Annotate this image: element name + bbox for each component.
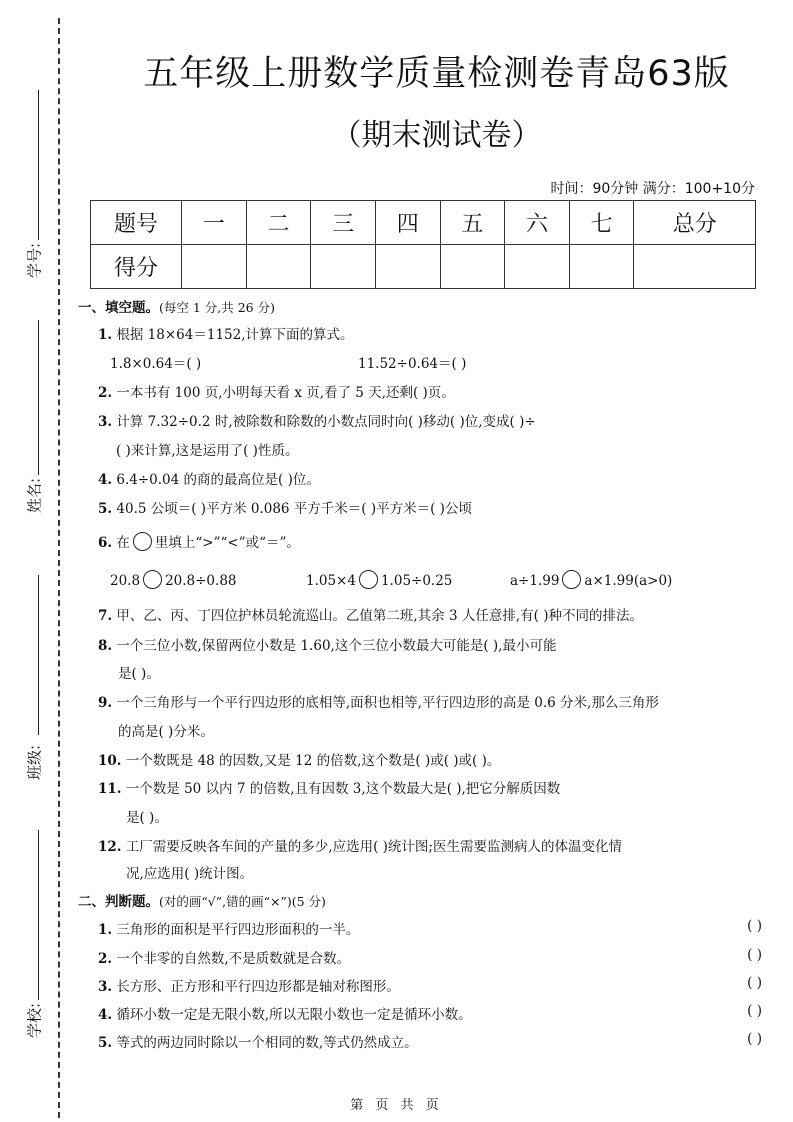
comparison-right: a×1.99(a>0) <box>584 573 672 589</box>
question-text: 一个数是 50 以内 7 的倍数,且有因数 3,这个数最大是( ),把它分解质因… <box>126 781 561 797</box>
question-number: 3. <box>98 979 112 995</box>
judge-item-1: 1. 三角形的面积是平行四边形面积的一半。 ( ) <box>98 918 768 938</box>
question-1b[interactable]: 11.52÷0.64＝( ) <box>358 352 466 372</box>
score-input-cell[interactable] <box>246 245 311 289</box>
question-text: 一个非零的自然数,不是质数就是合数。 <box>116 951 350 967</box>
section-1-note: (每空 1 分,共 26 分) <box>159 300 275 315</box>
circle-icon <box>133 532 152 551</box>
comparison-right: 20.8÷0.88 <box>165 573 236 589</box>
question-text: 工厂需要反映各车间的产量的多少,应选用( )统计图;医生需要监测病人的体温变化情 <box>126 839 622 855</box>
table-cell: 总分 <box>634 201 756 245</box>
class-label: 班级: <box>24 743 45 783</box>
question-9-cont[interactable]: 的高是( )分米。 <box>118 720 214 740</box>
question-3[interactable]: 3. 计算 7.32÷0.2 时,被除数和除数的小数点同时向( )移动( )位,… <box>98 410 536 430</box>
exam-meta: 时间：90分钟 满分：100+10分 <box>550 178 755 198</box>
question-text: 甲、乙、丙、丁四位护林员轮流巡山。乙值第二班,其余 3 人任意排,有( )种不同… <box>116 608 643 624</box>
question-number: 10. <box>98 753 122 769</box>
score-table-header-row: 题号 一 二 三 四 五 六 七 总分 <box>91 201 756 245</box>
page-title: 五年级上册数学质量检测卷青岛63版 <box>80 46 793 96</box>
question-6: 6. 在里填上“>”“<”或“＝”。 <box>98 531 300 551</box>
answer-paren[interactable]: ( ) <box>747 975 762 991</box>
question-number: 8. <box>98 638 112 654</box>
question-number: 5. <box>98 501 112 517</box>
question-text: 一个数既是 48 的因数,又是 12 的倍数,这个数是( )或( )或( )。 <box>126 753 501 769</box>
compare-circle-input[interactable] <box>143 570 162 589</box>
question-number: 7. <box>98 608 112 624</box>
question-number: 4. <box>98 472 112 488</box>
page-subtitle: （期末测试卷） <box>80 110 793 154</box>
comparison-right: 1.05÷0.25 <box>381 573 452 589</box>
question-11-cont[interactable]: 是( )。 <box>126 806 168 826</box>
judge-item-2: 2. 一个非零的自然数,不是质数就是合数。 ( ) <box>98 947 768 967</box>
section-2-note: (对的画“√”,错的画“×”)(5 分) <box>159 894 326 909</box>
question-text: 循环小数一定是无限小数,所以无限小数也一定是循环小数。 <box>116 1007 471 1023</box>
question-number: 3. <box>98 414 112 430</box>
section-2-title: 二、判断题。 <box>78 894 159 910</box>
judge-item-5: 5. 等式的两边同时除以一个相同的数,等式仍然成立。 ( ) <box>98 1031 768 1051</box>
question-10[interactable]: 10. 一个数既是 48 的因数,又是 12 的倍数,这个数是( )或( )或(… <box>98 749 500 769</box>
table-cell: 五 <box>440 201 505 245</box>
question-text: 一本书有 100 页,小明每天看 x 页,看了 5 天,还剩( )页。 <box>116 385 454 401</box>
score-input-cell[interactable] <box>182 245 247 289</box>
table-cell: 得分 <box>91 245 182 289</box>
question-number: 12. <box>98 839 122 855</box>
question-text: 里填上“>”“<”或“＝”。 <box>155 535 300 551</box>
question-9[interactable]: 9. 一个三角形与一个平行四边形的底相等,面积也相等,平行四边形的高是 0.6 … <box>98 691 659 711</box>
question-8-cont[interactable]: 是( )。 <box>118 662 160 682</box>
question-1: 1. 根据 18×64＝1152,计算下面的算式。 <box>98 323 354 343</box>
score-input-cell[interactable] <box>569 245 634 289</box>
comparison-item-2: 1.05×41.05÷0.25 <box>306 570 452 589</box>
answer-paren[interactable]: ( ) <box>747 947 762 963</box>
comparison-left: 1.05×4 <box>306 573 356 589</box>
score-input-cell[interactable] <box>440 245 505 289</box>
question-text: 等式的两边同时除以一个相同的数,等式仍然成立。 <box>116 1035 417 1051</box>
score-table-score-row: 得分 <box>91 245 756 289</box>
comparison-left: 20.8 <box>110 573 140 589</box>
name-label: 姓名: <box>24 476 45 516</box>
question-number: 5. <box>98 1035 112 1051</box>
question-number: 6. <box>98 535 112 551</box>
table-cell: 七 <box>569 201 634 245</box>
school-underline <box>38 830 39 1000</box>
score-input-cell[interactable] <box>634 245 756 289</box>
comparison-left: a÷1.99 <box>510 573 559 589</box>
question-number: 2. <box>98 385 112 401</box>
comparison-item-1: 20.820.8÷0.88 <box>110 570 237 589</box>
question-number: 9. <box>98 695 112 711</box>
table-cell: 六 <box>505 201 570 245</box>
question-number: 2. <box>98 951 112 967</box>
question-3-cont[interactable]: ( )来计算,这是运用了( )性质。 <box>116 439 298 459</box>
question-text: 一个三位小数,保留两位小数是 1.60,这个三位小数最大可能是( ),最小可能 <box>116 638 556 654</box>
score-input-cell[interactable] <box>505 245 570 289</box>
table-cell: 四 <box>375 201 440 245</box>
section-2-heading: 二、判断题。(对的画“√”,错的画“×”)(5 分) <box>78 890 326 910</box>
binding-dashed-line <box>58 18 60 1118</box>
table-cell: 三 <box>311 201 376 245</box>
judge-item-3: 3. 长方形、正方形和平行四边形都是轴对称图形。 ( ) <box>98 975 768 995</box>
question-2[interactable]: 2. 一本书有 100 页,小明每天看 x 页,看了 5 天,还剩( )页。 <box>98 381 455 401</box>
question-4[interactable]: 4. 6.4÷0.04 的商的最高位是( )位。 <box>98 468 320 488</box>
compare-circle-input[interactable] <box>562 570 581 589</box>
score-input-cell[interactable] <box>375 245 440 289</box>
question-text: 计算 7.32÷0.2 时,被除数和除数的小数点同时向( )移动( )位,变成(… <box>116 414 535 430</box>
question-8[interactable]: 8. 一个三位小数,保留两位小数是 1.60,这个三位小数最大可能是( ),最小… <box>98 634 556 654</box>
table-cell: 二 <box>246 201 311 245</box>
question-12[interactable]: 12. 工厂需要反映各车间的产量的多少,应选用( )统计图;医生需要监测病人的体… <box>98 835 622 855</box>
compare-circle-input[interactable] <box>359 570 378 589</box>
answer-paren[interactable]: ( ) <box>747 1003 762 1019</box>
table-cell: 一 <box>182 201 247 245</box>
score-input-cell[interactable] <box>311 245 376 289</box>
question-11[interactable]: 11. 一个数是 50 以内 7 的倍数,且有因数 3,这个数最大是( ),把它… <box>98 777 560 797</box>
section-1-heading: 一、填空题。(每空 1 分,共 26 分) <box>78 296 275 316</box>
question-number: 1. <box>98 922 112 938</box>
name-underline <box>38 320 39 475</box>
school-label: 学校: <box>24 1001 45 1041</box>
question-number: 1. <box>98 327 112 343</box>
question-5[interactable]: 5. 40.5 公顷＝( )平方米 0.086 平方千米＝( )平方米＝( )公… <box>98 497 472 517</box>
question-1a[interactable]: 1.8×0.64＝( ) <box>110 352 201 372</box>
question-text: 长方形、正方形和平行四边形都是轴对称图形。 <box>116 979 400 995</box>
judge-item-4: 4. 循环小数一定是无限小数,所以无限小数也一定是循环小数。 ( ) <box>98 1003 768 1023</box>
answer-paren[interactable]: ( ) <box>747 1031 762 1047</box>
section-1-title: 一、填空题。 <box>78 300 159 316</box>
table-cell: 题号 <box>91 201 182 245</box>
question-text: 一个三角形与一个平行四边形的底相等,面积也相等,平行四边形的高是 0.6 分米,… <box>116 695 658 711</box>
question-number: 11. <box>98 781 122 797</box>
student-id-label: 学号: <box>24 241 45 281</box>
question-text: 三角形的面积是平行四边形面积的一半。 <box>116 922 359 938</box>
score-table: 题号 一 二 三 四 五 六 七 总分 得分 <box>90 200 756 289</box>
answer-paren[interactable]: ( ) <box>747 918 762 934</box>
question-text: 根据 18×64＝1152,计算下面的算式。 <box>116 327 353 343</box>
question-7[interactable]: 7. 甲、乙、丙、丁四位护林员轮流巡山。乙值第二班,其余 3 人任意排,有( )… <box>98 604 643 624</box>
class-underline <box>38 575 39 735</box>
question-12-cont[interactable]: 况,应选用( )统计图。 <box>126 862 253 882</box>
comparison-item-3: a÷1.99a×1.99(a>0) <box>510 570 672 589</box>
question-number: 4. <box>98 1007 112 1023</box>
question-text: 6.4÷0.04 的商的最高位是( )位。 <box>116 472 319 488</box>
question-text: 40.5 公顷＝( )平方米 0.086 平方千米＝( )平方米＝( )公顷 <box>116 501 472 517</box>
question-text: 在 <box>116 535 130 551</box>
page-footer: 第 页 共 页 <box>0 1094 793 1113</box>
student-id-underline <box>38 90 39 240</box>
